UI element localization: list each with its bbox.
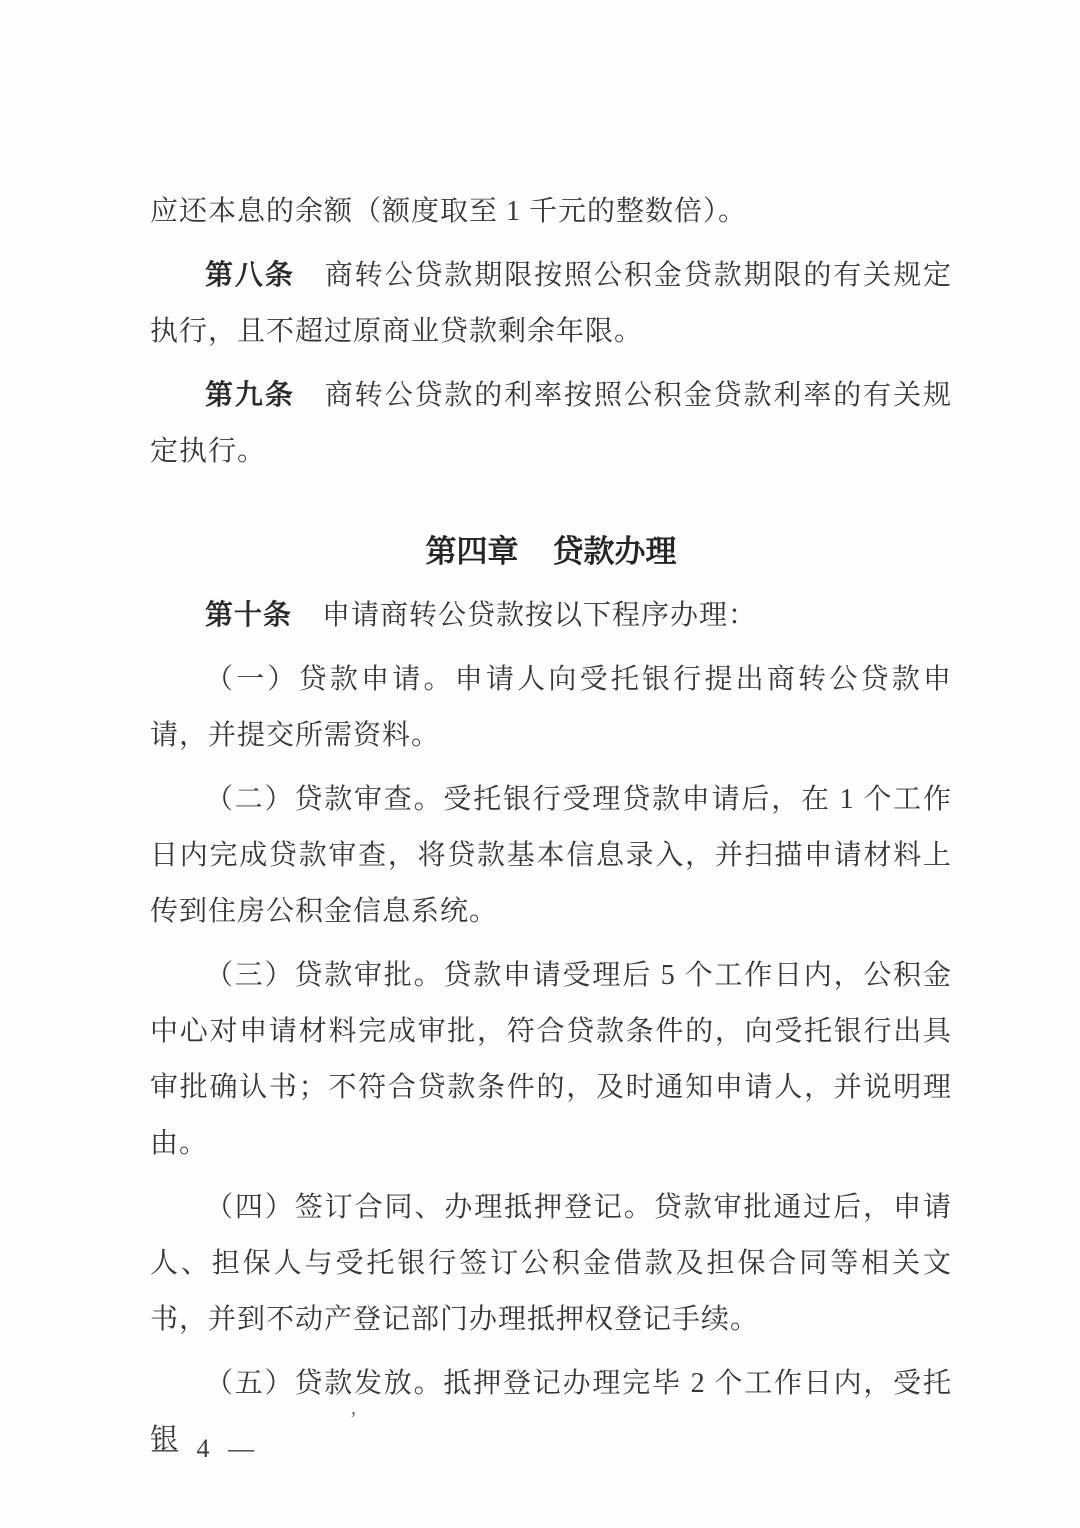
paragraph-text: （一）贷款申请。申请人向受托银行提出商转公贷款申请，并提交所需资料。 <box>150 664 952 751</box>
paragraph-text: （五）贷款发放。抵押登记办理完毕 2 个工作日内，受托银 <box>150 1368 952 1455</box>
paragraph-text: （二）贷款审查。受托银行受理贷款申请后，在 1 个工作日内完成贷款审查，将贷款基… <box>150 784 952 927</box>
chapter-title: 贷款办理 <box>553 534 677 569</box>
paragraph-item-2: （二）贷款审查。受托银行受理贷款申请后，在 1 个工作日内完成贷款审查，将贷款基… <box>150 772 952 940</box>
paragraph-text: 申请商转公贷款按以下程序办理： <box>322 600 757 631</box>
paragraph-article-10: 第十条申请商转公贷款按以下程序办理： <box>150 588 952 644</box>
paragraph-text: 应还本息的余额（额度取至 1 千元的整数倍）。 <box>150 196 747 227</box>
chapter-number: 第四章 <box>426 534 519 569</box>
paragraph-article-8: 第八条商转公贷款期限按照公积金贷款期限的有关规定执行，且不超过原商业贷款剩余年限… <box>150 248 952 360</box>
article-number: 第九条 <box>205 380 295 411</box>
page-number: — 4 — <box>152 1432 254 1466</box>
document-body: 应还本息的余额（额度取至 1 千元的整数倍）。 第八条商转公贷款期限按照公积金贷… <box>150 184 952 1476</box>
document-page: 应还本息的余额（额度取至 1 千元的整数倍）。 第八条商转公贷款期限按照公积金贷… <box>0 0 1080 1528</box>
paragraph-continuation: 应还本息的余额（额度取至 1 千元的整数倍）。 <box>150 184 952 240</box>
paragraph-text: （三）贷款审批。贷款申请受理后 5 个工作日内，公积金中心对申请材料完成审批，符… <box>150 960 952 1159</box>
article-number: 第八条 <box>205 260 295 291</box>
paragraph-item-1: （一）贷款申请。申请人向受托银行提出商转公贷款申请，并提交所需资料。 <box>150 652 952 764</box>
scan-artifact-mark: ’ <box>350 1408 357 1431</box>
paragraph-article-9: 第九条商转公贷款的利率按照公积金贷款利率的有关规定执行。 <box>150 368 952 480</box>
chapter-heading: 第四章贷款办理 <box>150 524 952 580</box>
article-number: 第十条 <box>205 600 292 631</box>
paragraph-item-3: （三）贷款审批。贷款申请受理后 5 个工作日内，公积金中心对申请材料完成审批，符… <box>150 948 952 1172</box>
paragraph-text: （四）签订合同、办理抵押登记。贷款审批通过后，申请人、担保人与受托银行签订公积金… <box>150 1192 952 1335</box>
paragraph-item-5: （五）贷款发放。抵押登记办理完毕 2 个工作日内，受托银 <box>150 1356 952 1468</box>
paragraph-item-4: （四）签订合同、办理抵押登记。贷款审批通过后，申请人、担保人与受托银行签订公积金… <box>150 1180 952 1348</box>
